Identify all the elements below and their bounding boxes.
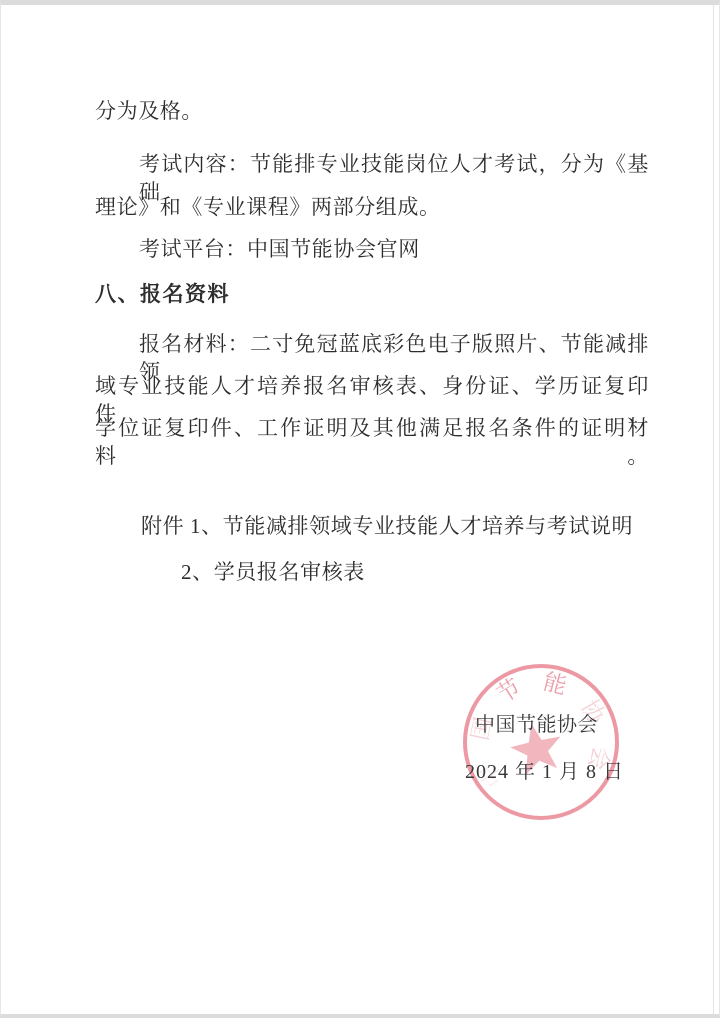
body-line-exam-platform: 考试平台：中国节能协会官网 <box>95 235 649 263</box>
page-edge-line <box>713 5 714 1014</box>
seal-arc-char: 能 <box>541 669 569 699</box>
attachment-line-2: 2、学员报名审核表 <box>95 558 649 586</box>
body-line-continuation: 分为及格。 <box>95 97 649 125</box>
body-line-exam-content-2: 理论》和《专业课程》两部分组成。 <box>95 193 649 221</box>
attachment-line-1: 附件 1、节能减排领域专业技能人才培养与考试说明 <box>95 512 649 540</box>
official-seal: 中 国 节 能 协 会 <box>441 635 661 855</box>
body-line-materials-3: 学位证复印件、工作证明及其他满足报名条件的证明材料。 <box>95 414 649 470</box>
signature-organization: 中国节能协会 <box>475 711 597 739</box>
signature-date: 2024 年 1 月 8 日 <box>465 758 607 786</box>
document-page: 分为及格。 考试内容：节能排专业技能岗位人才考试，分为《基础 理论》和《专业课程… <box>0 0 720 1018</box>
section-heading-registration-materials: 八、报名资料 <box>95 280 649 308</box>
